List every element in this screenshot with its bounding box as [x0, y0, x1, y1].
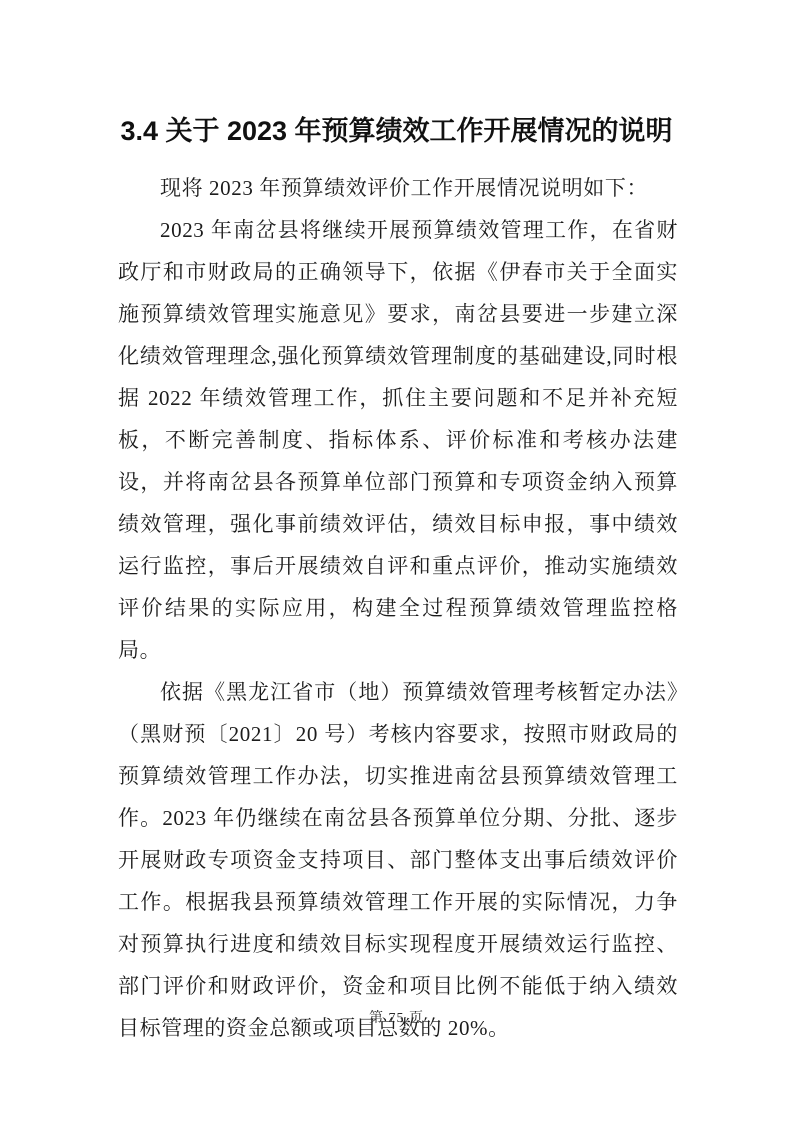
- section-title: 3.4 关于 2023 年预算绩效工作开展情况的说明: [0, 114, 793, 148]
- document-body: 现将 2023 年预算绩效评价工作开展情况说明如下： 2023 年南岔县将继续开…: [118, 167, 678, 1049]
- paragraph-work-plan: 2023 年南岔县将继续开展预算绩效管理工作，在省财政厅和市财政局的正确领导下，…: [118, 209, 678, 671]
- page-number: 第 75 页: [0, 1010, 793, 1028]
- paragraph-assessment-basis: 依据《黑龙江省市（地）预算绩效管理考核暂定办法》（黑财预〔2021〕20 号）考…: [118, 671, 678, 1049]
- paragraph-intro: 现将 2023 年预算绩效评价工作开展情况说明如下：: [118, 167, 678, 209]
- document-page: 3.4 关于 2023 年预算绩效工作开展情况的说明 现将 2023 年预算绩效…: [0, 0, 793, 1122]
